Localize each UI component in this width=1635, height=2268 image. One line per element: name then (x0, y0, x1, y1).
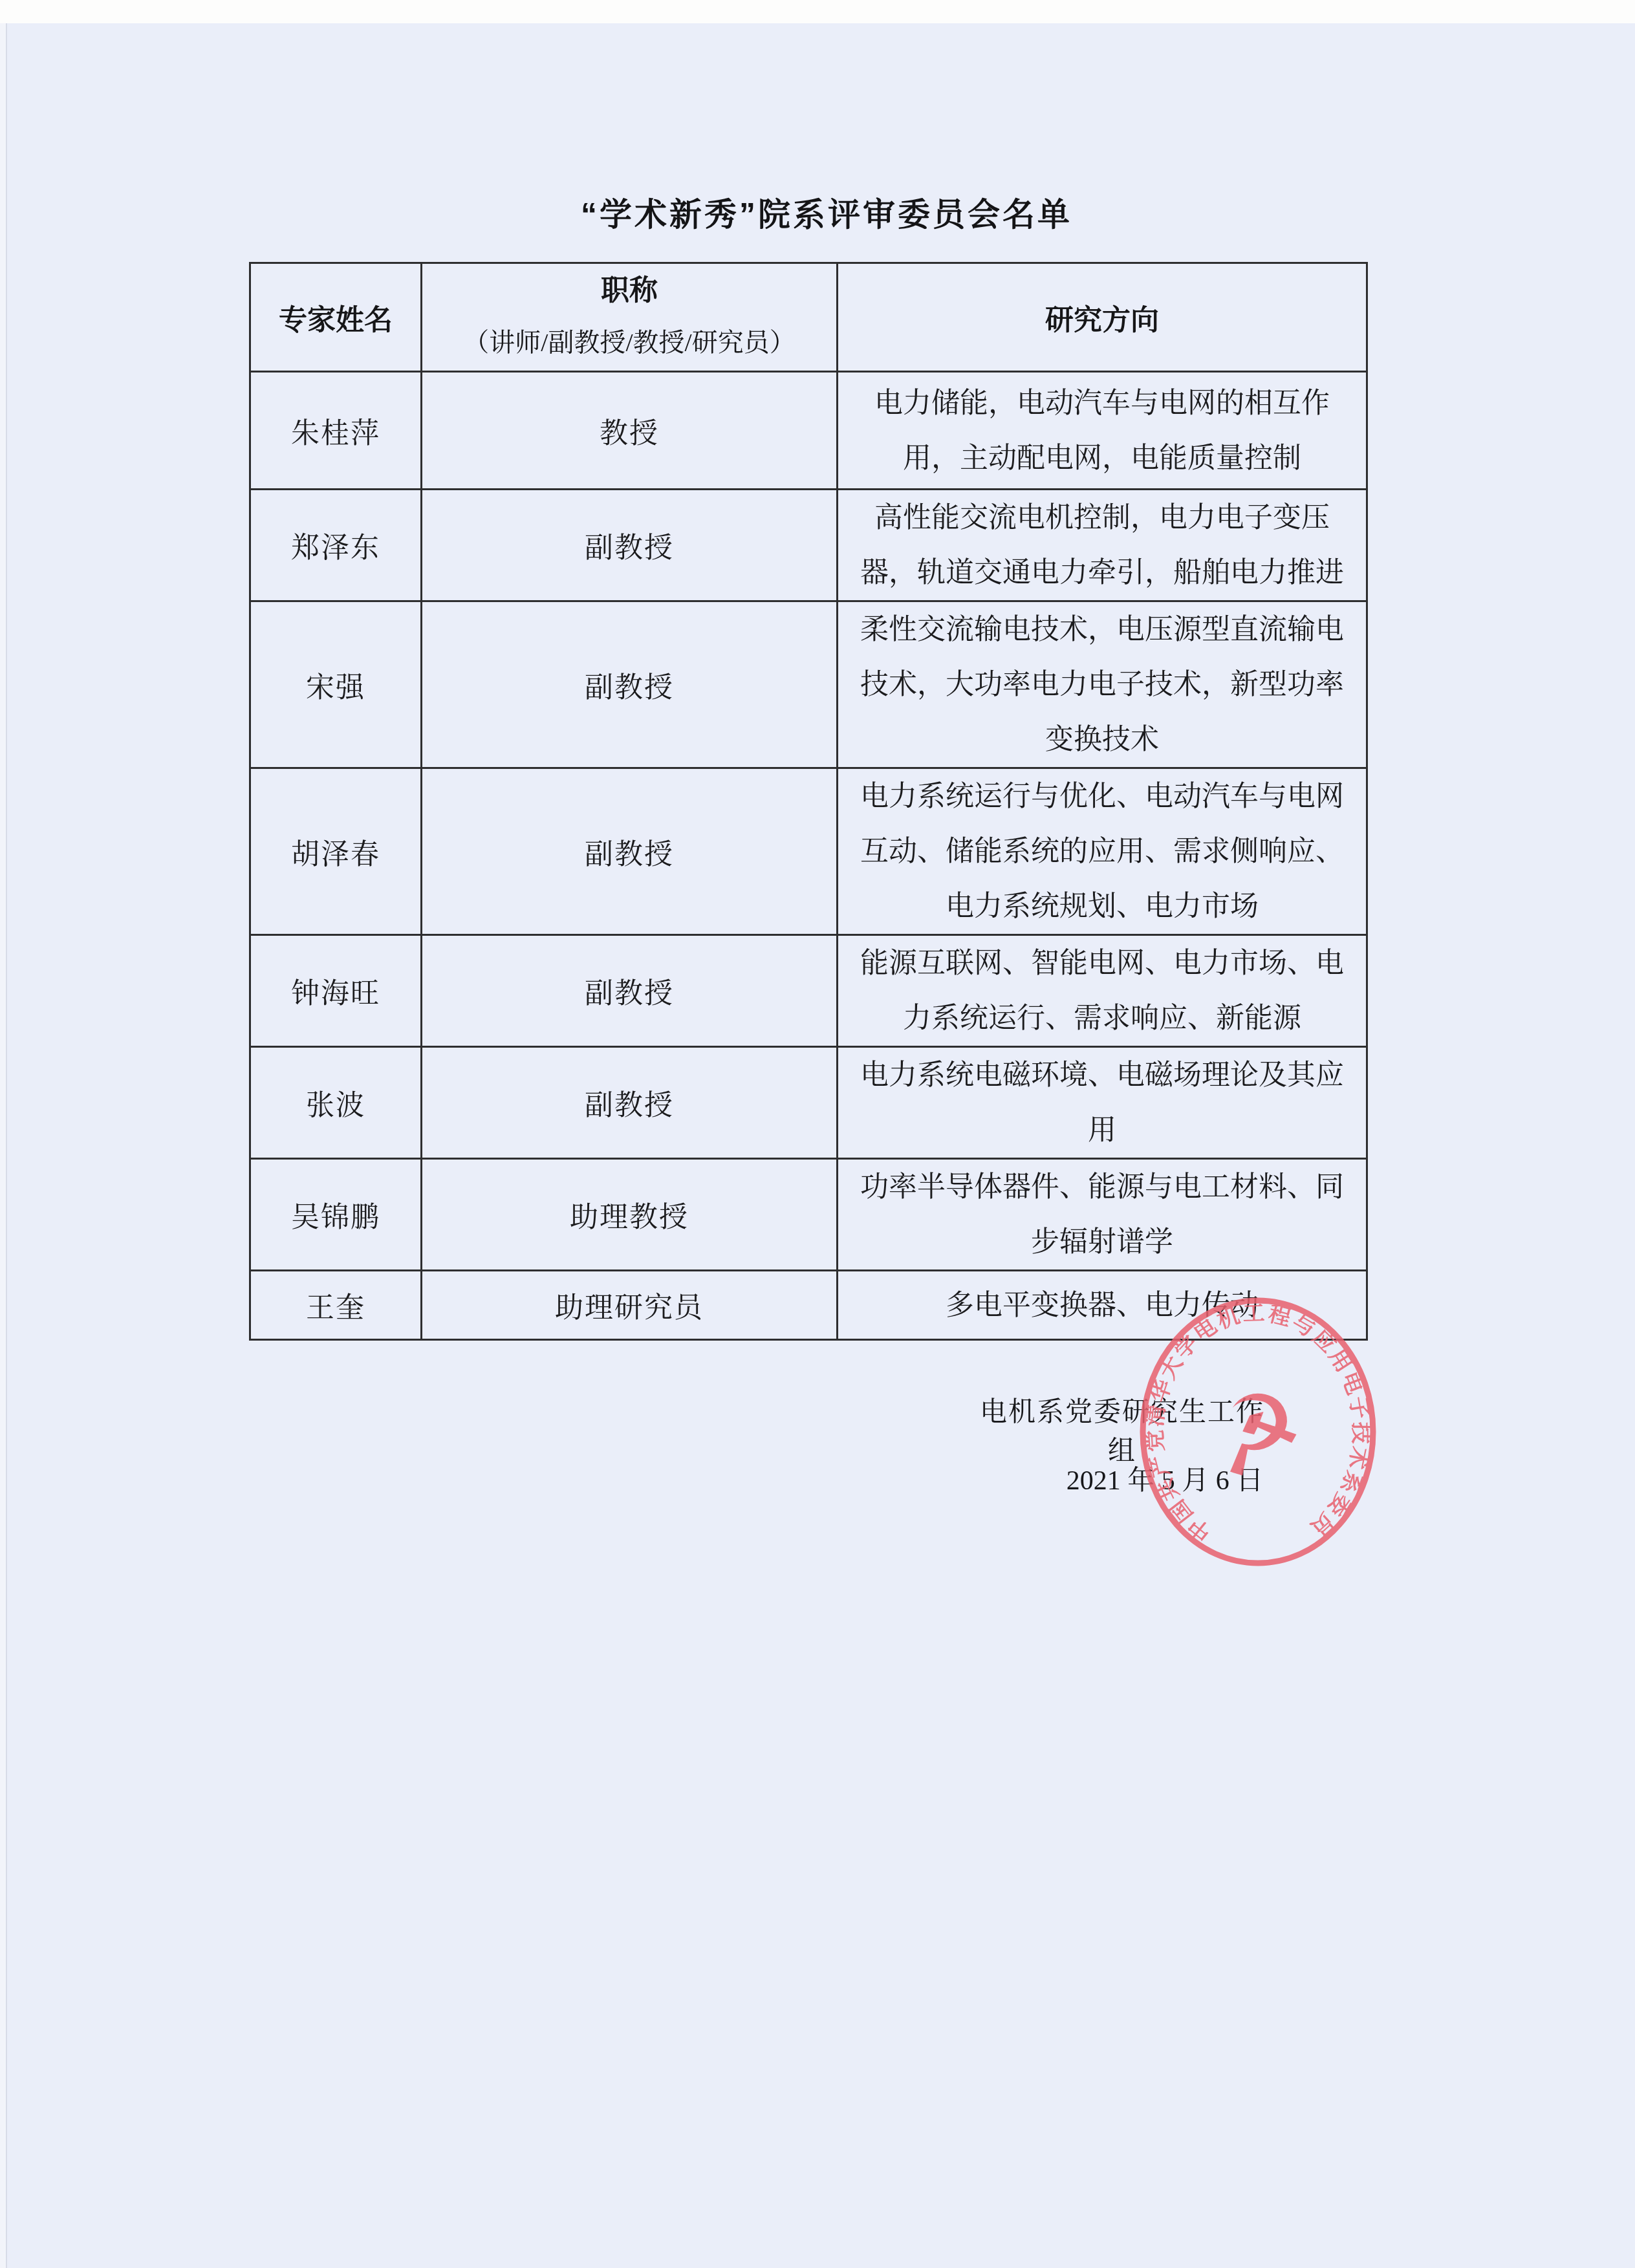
expert-name: 钟海旺 (250, 935, 422, 1047)
table-row: 张波 副教授 电力系统电磁环境、电磁场理论及其应用 (250, 1047, 1367, 1159)
expert-title: 助理教授 (422, 1159, 838, 1271)
expert-research: 电力系统运行与优化、电动汽车与电网互动、储能系统的应用、需求侧响应、电力系统规划… (838, 768, 1367, 935)
expert-name: 王奎 (250, 1271, 422, 1340)
expert-title: 副教授 (422, 601, 838, 768)
expert-research: 能源互联网、智能电网、电力市场、电力系统运行、需求响应、新能源 (838, 935, 1367, 1047)
expert-research: 功率半导体器件、能源与电工材料、同步辐射谱学 (838, 1159, 1367, 1271)
expert-name: 胡泽春 (250, 768, 422, 935)
expert-title: 副教授 (422, 1047, 838, 1159)
page-title: “学术新秀”院系评审委员会名单 (0, 189, 1635, 235)
table-row: 宋强 副教授 柔性交流输电技术，电压源型直流输电技术，大功率电力电子技术，新型功… (250, 601, 1367, 768)
table-row: 钟海旺 副教授 能源互联网、智能电网、电力市场、电力系统运行、需求响应、新能源 (250, 935, 1367, 1047)
expert-research: 电力储能，电动汽车与电网的相互作用，主动配电网，电能质量控制 (838, 372, 1367, 490)
expert-name: 宋强 (250, 601, 422, 768)
table-row: 郑泽东 副教授 高性能交流电机控制，电力电子变压器，轨道交通电力牵引，船舶电力推… (250, 490, 1367, 601)
header-expert-name: 专家姓名 (250, 263, 422, 372)
signature-date: 2021 年 5 月 6 日 (1016, 1459, 1314, 1498)
header-title-main: 职称 (601, 275, 658, 307)
table-row: 王奎 助理研究员 多电平变换器、电力传动 (250, 1271, 1367, 1340)
table-row: 胡泽春 副教授 电力系统运行与优化、电动汽车与电网互动、储能系统的应用、需求侧响… (250, 768, 1367, 935)
table-header-row: 专家姓名 职称 （讲师/副教授/教授/研究员） 研究方向 (250, 263, 1367, 372)
expert-title: 副教授 (422, 935, 838, 1047)
expert-title: 副教授 (422, 768, 838, 935)
expert-research: 高性能交流电机控制，电力电子变压器，轨道交通电力牵引，船舶电力推进 (838, 490, 1367, 601)
expert-name: 郑泽东 (250, 490, 422, 601)
header-title: 职称 （讲师/副教授/教授/研究员） (422, 263, 838, 372)
header-title-sub: （讲师/副教授/教授/研究员） (431, 318, 827, 368)
expert-title: 副教授 (422, 490, 838, 601)
expert-name: 朱桂萍 (250, 372, 422, 490)
expert-name: 张波 (250, 1047, 422, 1159)
signature-organization: 电机系党委研究生工作组 (973, 1390, 1271, 1468)
scan-top-margin (0, 0, 1635, 23)
scanned-page: “学术新秀”院系评审委员会名单 专家姓名 职称 （讲师/副教授/教授/研究员） … (0, 0, 1635, 2268)
committee-table: 专家姓名 职称 （讲师/副教授/教授/研究员） 研究方向 朱桂萍 教授 电力储能… (249, 262, 1368, 1341)
table-row: 吴锦鹏 助理教授 功率半导体器件、能源与电工材料、同步辐射谱学 (250, 1159, 1367, 1271)
scan-left-paper-edge (0, 23, 7, 2268)
header-research-direction: 研究方向 (838, 263, 1367, 372)
expert-name: 吴锦鹏 (250, 1159, 422, 1271)
expert-research: 多电平变换器、电力传动 (838, 1271, 1367, 1340)
expert-title: 教授 (422, 372, 838, 490)
expert-research: 电力系统电磁环境、电磁场理论及其应用 (838, 1047, 1367, 1159)
expert-research: 柔性交流输电技术，电压源型直流输电技术，大功率电力电子技术，新型功率变换技术 (838, 601, 1367, 768)
expert-title: 助理研究员 (422, 1271, 838, 1340)
table-row: 朱桂萍 教授 电力储能，电动汽车与电网的相互作用，主动配电网，电能质量控制 (250, 372, 1367, 490)
